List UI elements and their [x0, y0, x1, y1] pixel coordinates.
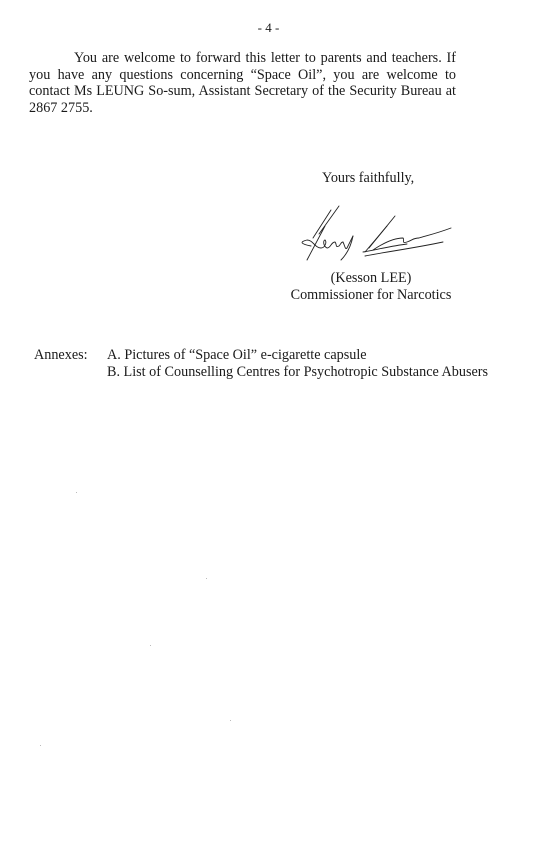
scan-speck: [206, 578, 207, 579]
signature-image: [295, 198, 460, 278]
scan-speck: [150, 645, 151, 646]
body-paragraph: You are welcome to forward this letter t…: [29, 50, 456, 117]
annexes-label: Annexes:: [34, 347, 107, 381]
page-number: - 4 -: [0, 20, 537, 36]
annexes-section: Annexes: A. Pictures of “Space Oil” e-ci…: [34, 347, 488, 381]
signatory-title: Commissioner for Narcotics: [288, 287, 454, 304]
annex-item: B. List of Counselling Centres for Psych…: [107, 364, 488, 381]
scan-speck: [40, 745, 41, 746]
scan-speck: [230, 720, 231, 721]
annex-list: A. Pictures of “Space Oil” e-cigarette c…: [107, 347, 488, 381]
scan-speck: [76, 492, 77, 493]
signatory-name: (Kesson LEE): [288, 270, 454, 287]
closing-salutation: Yours faithfully,: [322, 170, 414, 187]
signatory-block: (Kesson LEE) Commissioner for Narcotics: [288, 270, 454, 304]
annex-item: A. Pictures of “Space Oil” e-cigarette c…: [107, 347, 488, 364]
